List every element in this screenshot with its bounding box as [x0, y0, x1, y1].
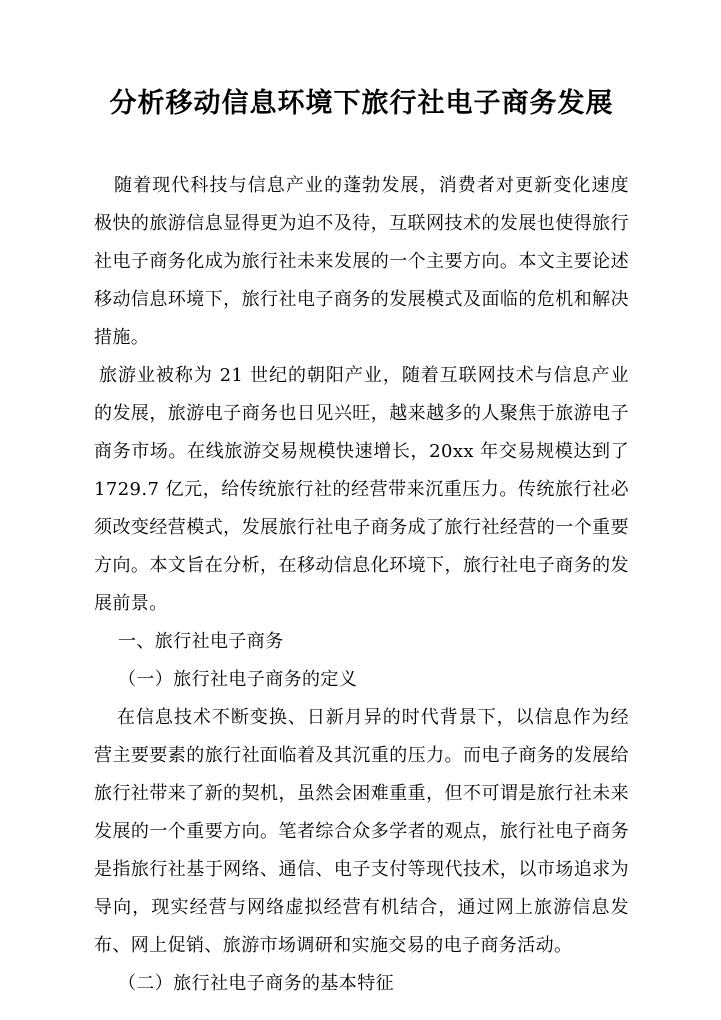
heading-subsection-definition: （一）旅行社电子商务的定义	[94, 661, 629, 699]
heading-subsection-features: （二）旅行社电子商务的基本特征	[94, 965, 629, 1003]
paragraph-intro: 随着现代科技与信息产业的蓬勃发展，消费者对更新变化速度极快的旅游信息显得更为迫不…	[94, 167, 629, 357]
paragraph-definition: 在信息技术不断变换、日新月异的时代背景下，以信息作为经营主要要素的旅行社面临着及…	[94, 699, 629, 965]
document-title: 分析移动信息环境下旅行社电子商务发展	[94, 84, 629, 124]
heading-section-1: 一、旅行社电子商务	[94, 623, 629, 661]
document-page: 分析移动信息环境下旅行社电子商务发展 随着现代科技与信息产业的蓬勃发展，消费者对…	[0, 0, 721, 1020]
paragraph-background: 旅游业被称为 21 世纪的朝阳产业，随着互联网技术与信息产业的发展，旅游电子商务…	[94, 357, 629, 623]
